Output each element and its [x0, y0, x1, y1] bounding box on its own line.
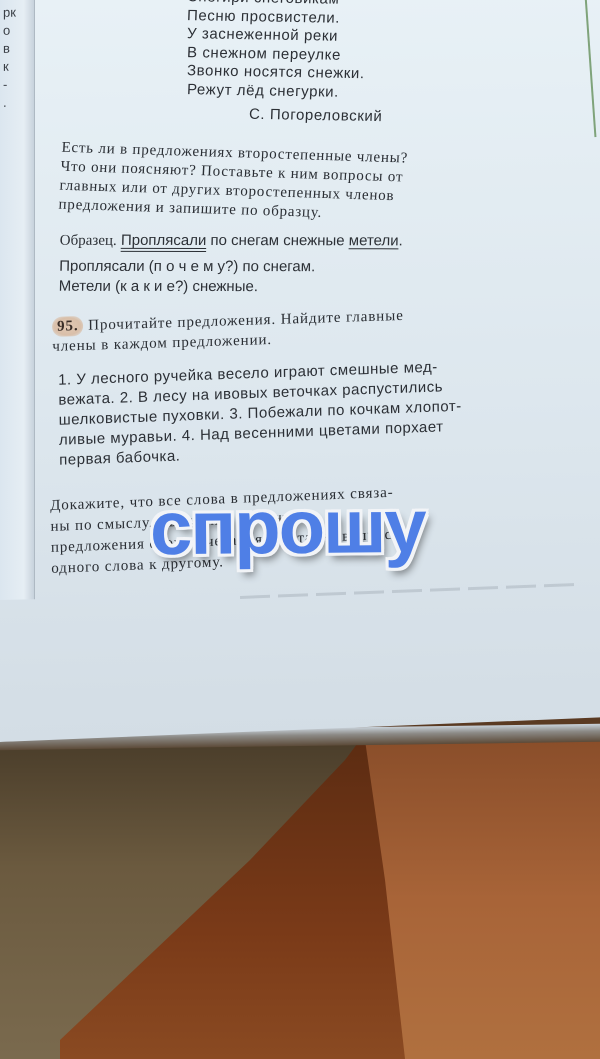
sample-middle: по снегам снежные — [210, 232, 344, 249]
task-questions: Есть ли в предложениях второстепенные чл… — [58, 139, 409, 226]
poem-block: Снегири снеговикам Песню просвистели. У … — [187, 0, 382, 126]
poem-author: С. Погореловский — [249, 106, 383, 127]
sticker-overlay: спрошу — [150, 487, 425, 569]
sample-label: Образец. — [60, 233, 117, 249]
bleed-through-text — [240, 583, 580, 599]
margin-rule — [584, 0, 596, 137]
exercise-95-header: 95. Прочитайте предложения. Найдите глав… — [52, 306, 404, 357]
sample-line-1: Образец. Проплясали по снегам снежные ме… — [60, 231, 403, 252]
left-page-fragment: рк о в к - . — [0, 0, 35, 600]
sample-line-3: Метели (к а к и е?) снежные. — [59, 277, 402, 298]
left-page-letters: рк о в к - . — [3, 4, 23, 112]
sample-line-2: Проплясали (п о ч е м у?) по снегам. — [59, 257, 402, 278]
table-surface-background — [0, 740, 600, 1059]
sample-block: Образец. Проплясали по снегам снежные ме… — [59, 231, 403, 298]
exercise-sentences: 1. У лесного ручейка весело играют смешн… — [58, 357, 462, 471]
textbook-page: рк о в к - . Снегири снеговикам Песню пр… — [0, 0, 600, 742]
sample-subject: метели — [349, 232, 399, 249]
poem-line: Режут лёд снегурки. — [187, 81, 383, 103]
exercise-number-badge: 95. — [52, 316, 84, 337]
sample-predicate: Проплясали — [121, 232, 207, 249]
